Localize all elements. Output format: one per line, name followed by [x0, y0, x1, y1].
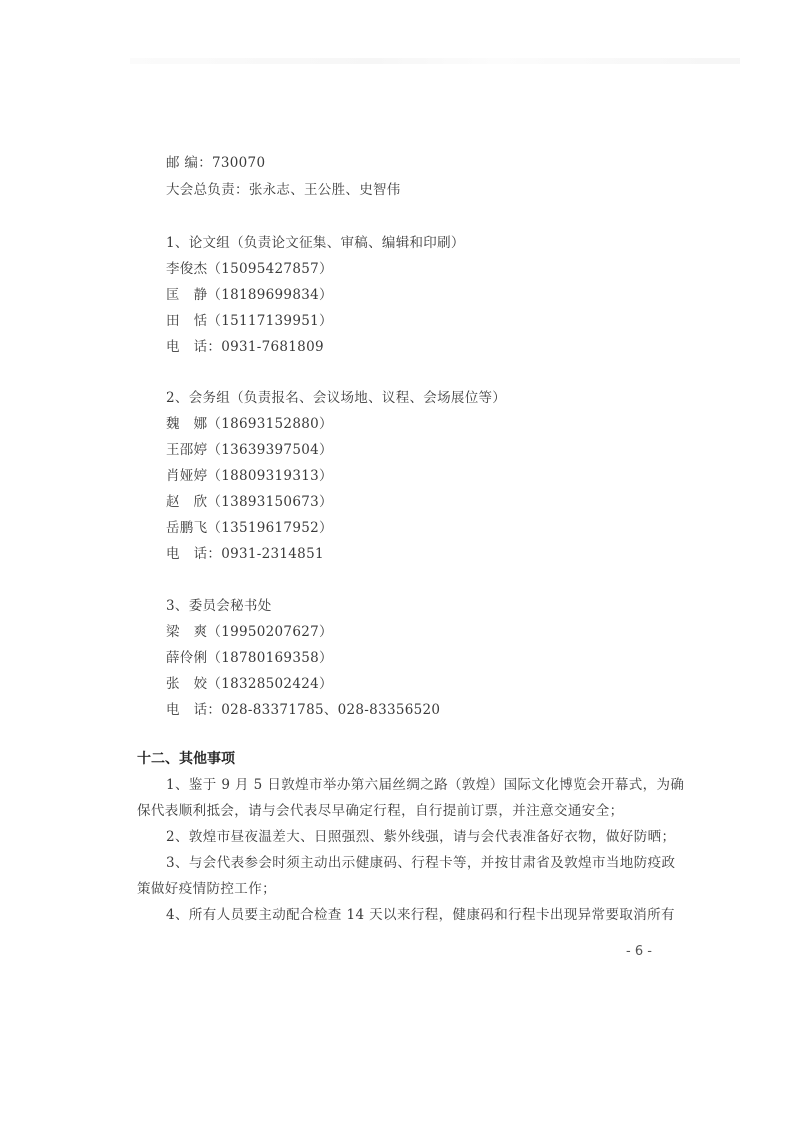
postcode-value: 730070 — [212, 155, 265, 171]
member-name: 肖娅婷 — [166, 468, 207, 484]
tel-value: 0931-7681809 — [221, 339, 324, 355]
group-tel-line: 电 话：028-83371785、028-83356520 — [166, 701, 440, 719]
member-line: 薛伶俐（18780169358） — [166, 649, 333, 667]
member-name: 赵 欣 — [166, 494, 207, 510]
member-phone: （15117139951） — [207, 313, 332, 329]
notice-line: 策做好疫情防控工作； — [137, 880, 657, 898]
notice-line: 保代表顺利抵会，请与会代表尽早确定行程，自行提前订票，并注意交通安全； — [137, 802, 657, 820]
member-phone: （18328502424） — [207, 676, 332, 692]
member-name: 魏 娜 — [166, 416, 207, 432]
group-tel-line: 电 话：0931-7681809 — [166, 338, 324, 356]
member-line: 匡 静（18189699834） — [166, 286, 333, 304]
member-line: 梁 爽（19950207627） — [166, 623, 333, 641]
member-phone: （18780169358） — [207, 650, 332, 666]
chief-line: 大会总负责：张永志、王公胜、史智伟 — [166, 181, 401, 199]
member-line: 岳鹏飞（13519617952） — [166, 519, 333, 537]
group-title: 1、论文组（负责论文征集、审稿、编辑和印刷） — [166, 234, 465, 252]
member-phone: （18809319313） — [207, 468, 332, 484]
page-number: - 6 - — [626, 944, 652, 960]
member-line: 魏 娜（18693152880） — [166, 415, 333, 433]
notice-line: 3、与会代表参会时须主动出示健康码、行程卡等，并按甘肃省及敦煌市当地防疫政 — [166, 854, 686, 872]
member-name: 王邵婷 — [166, 442, 207, 458]
notice-line: 2、敦煌市昼夜温差大、日照强烈、紫外线强，请与会代表准备好衣物，做好防晒； — [166, 828, 686, 846]
member-name: 匡 静 — [166, 287, 207, 303]
member-phone: （13639397504） — [207, 442, 332, 458]
tel-label: 电 话： — [166, 702, 221, 718]
document-page: 邮 编：730070 大会总负责：张永志、王公胜、史智伟 1、论文组（负责论文征… — [0, 0, 800, 1131]
member-phone: （13893150673） — [207, 494, 332, 510]
member-name: 田 恬 — [166, 313, 207, 329]
member-line: 赵 欣（13893150673） — [166, 493, 333, 511]
member-phone: （18189699834） — [207, 287, 332, 303]
member-line: 肖娅婷（18809319313） — [166, 467, 333, 485]
notice-line: 4、所有人员要主动配合检查 14 天以来行程，健康码和行程卡出现异常要取消所有 — [166, 906, 686, 924]
group-title: 3、委员会秘书处 — [166, 597, 272, 615]
tel-value: 028-83371785、028-83356520 — [221, 702, 440, 718]
chief-value: 张永志、王公胜、史智伟 — [249, 182, 401, 198]
section-heading: 十二、其他事项 — [137, 750, 235, 768]
member-phone: （15095427857） — [207, 261, 332, 277]
postcode-label: 邮 编： — [166, 155, 212, 171]
chief-label: 大会总负责： — [166, 182, 249, 198]
member-line: 王邵婷（13639397504） — [166, 441, 333, 459]
member-name: 李俊杰 — [166, 261, 207, 277]
tel-label: 电 话： — [166, 339, 221, 355]
member-name: 岳鹏飞 — [166, 520, 207, 536]
member-line: 张 姣（18328502424） — [166, 675, 333, 693]
member-phone: （18693152880） — [207, 416, 332, 432]
member-name: 梁 爽 — [166, 624, 207, 640]
member-line: 田 恬（15117139951） — [166, 312, 333, 330]
notice-line: 1、鉴于 9 月 5 日敦煌市举办第六届丝绸之路（敦煌）国际文化博览会开幕式，为… — [166, 776, 686, 794]
member-name: 张 姣 — [166, 676, 207, 692]
member-name: 薛伶俐 — [166, 650, 207, 666]
postcode-line: 邮 编：730070 — [166, 154, 265, 172]
group-title: 2、会务组（负责报名、会议场地、议程、会场展位等） — [166, 389, 506, 407]
tel-label: 电 话： — [166, 546, 221, 562]
member-phone: （13519617952） — [207, 520, 332, 536]
group-tel-line: 电 话：0931-2314851 — [166, 545, 324, 563]
tel-value: 0931-2314851 — [221, 546, 324, 562]
member-line: 李俊杰（15095427857） — [166, 260, 333, 278]
member-phone: （19950207627） — [207, 624, 332, 640]
